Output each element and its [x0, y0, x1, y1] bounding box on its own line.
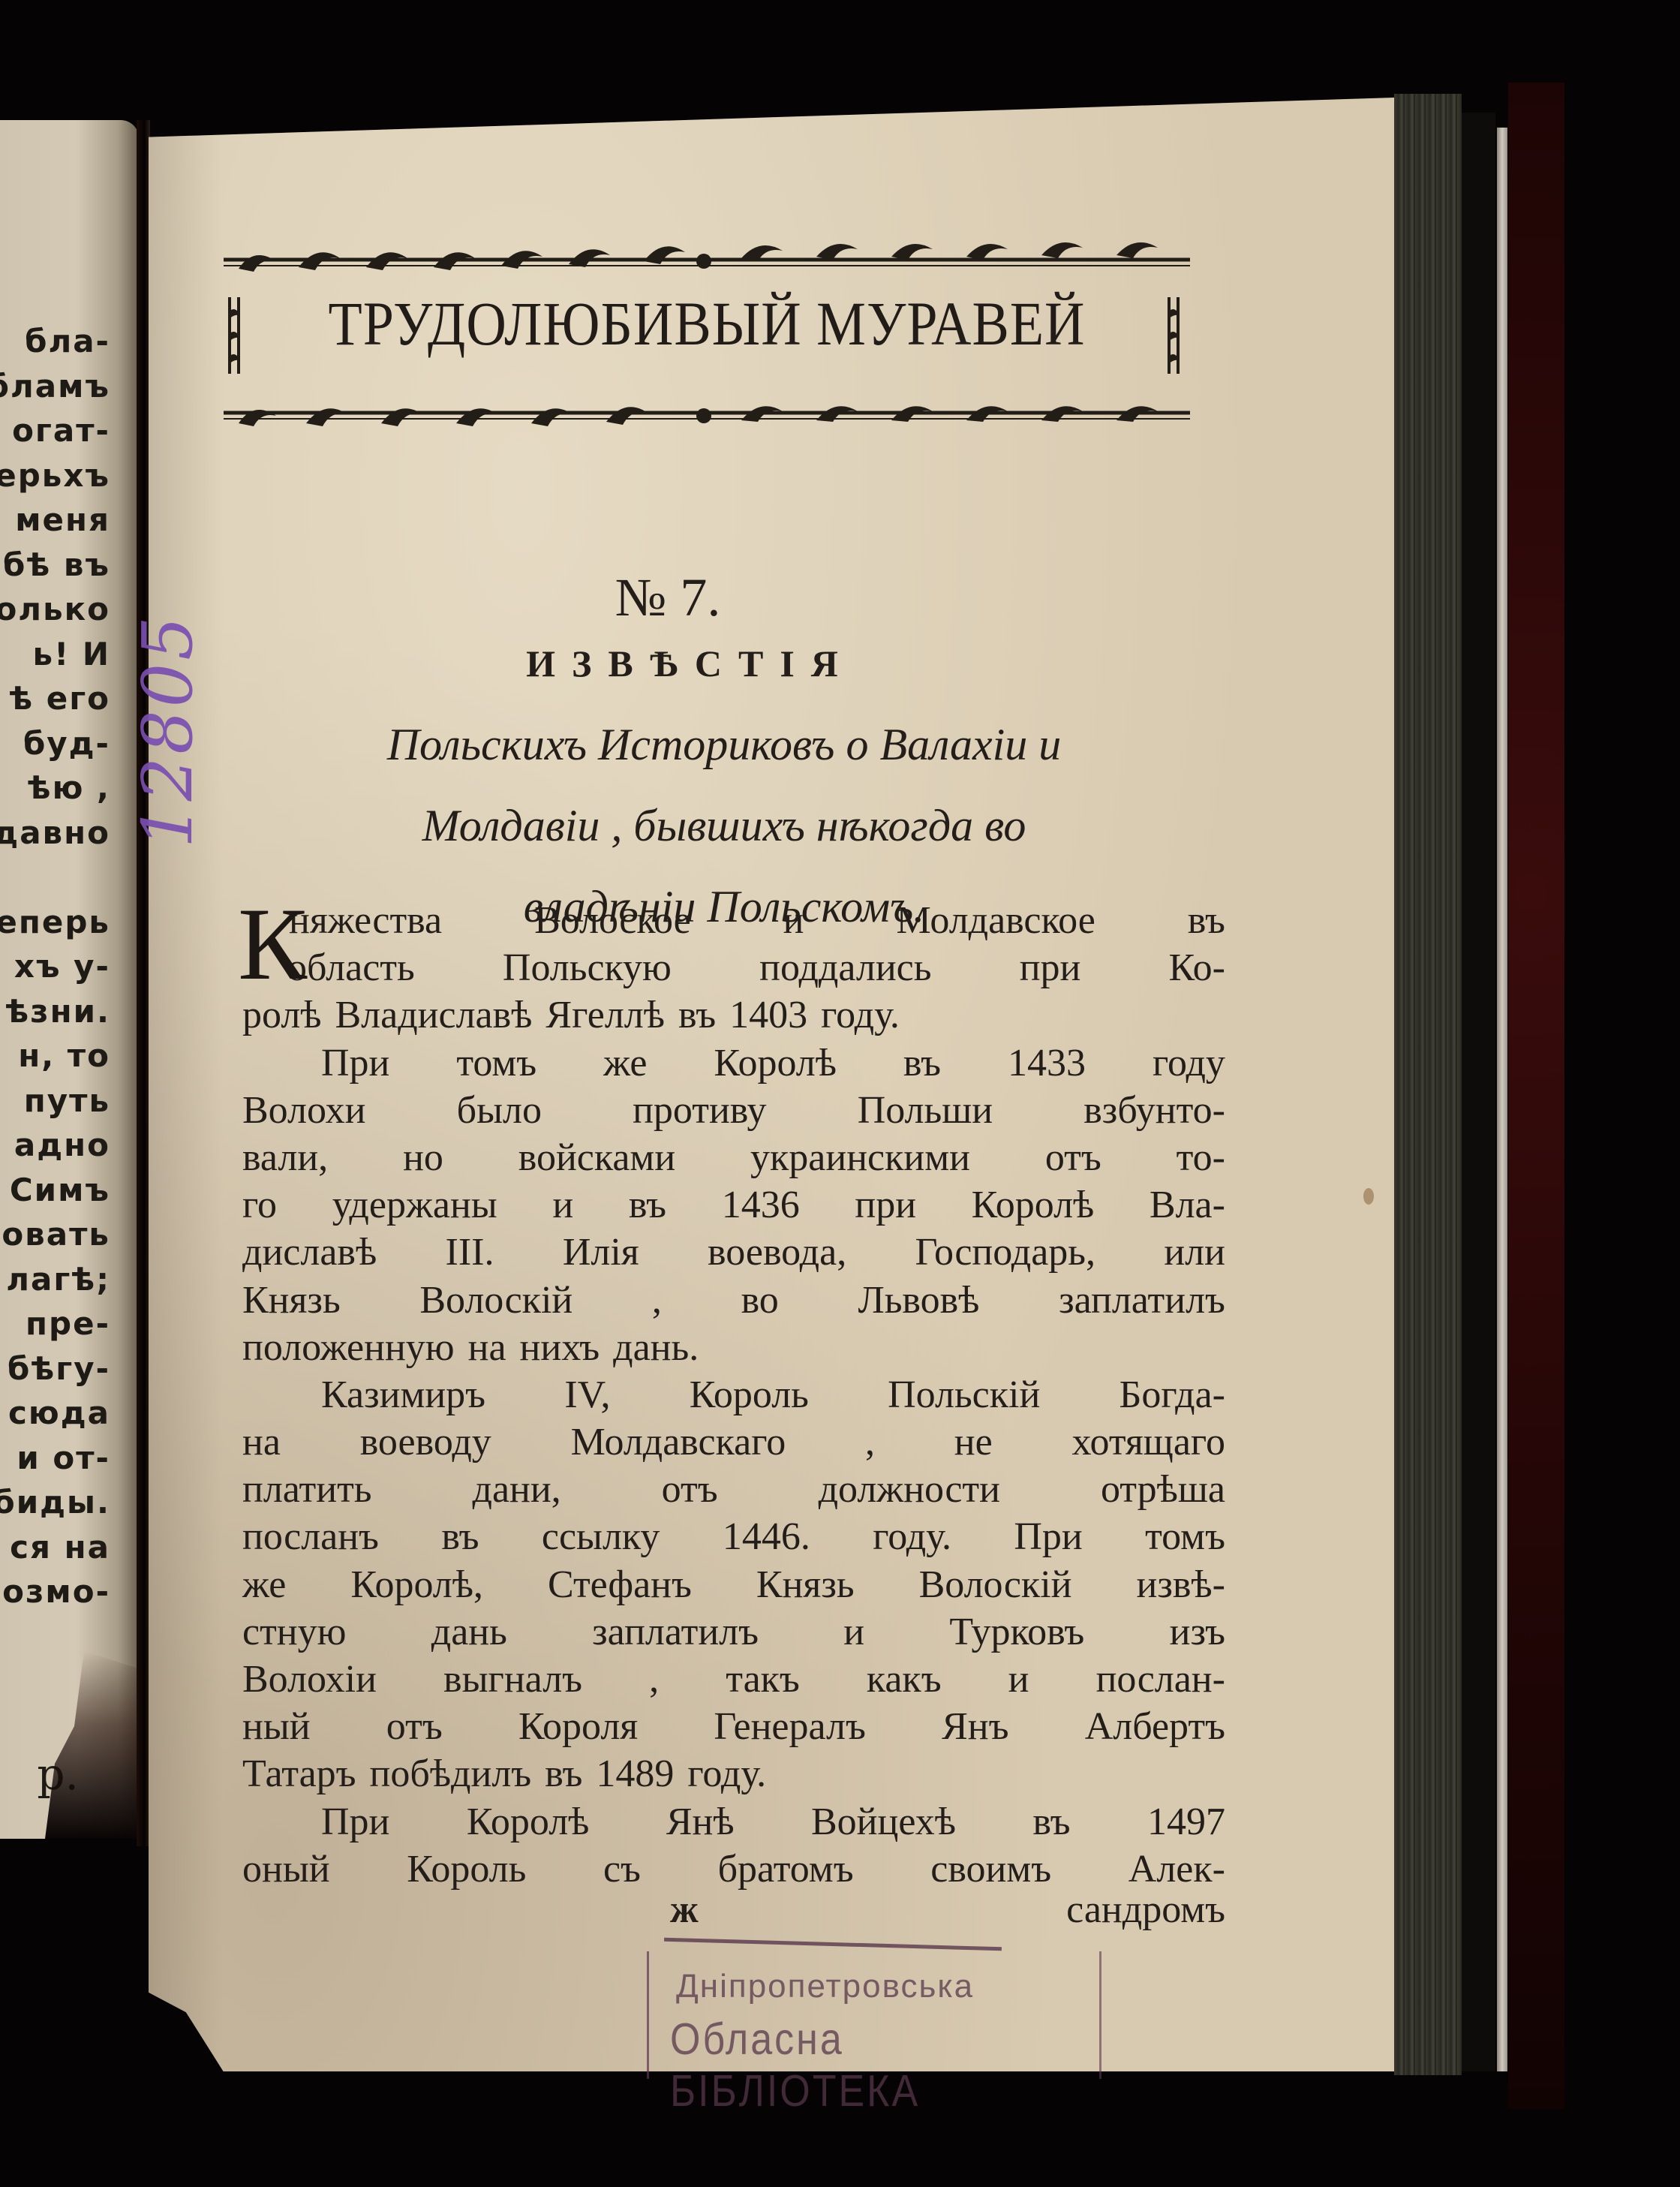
word: году	[1153, 1039, 1225, 1087]
word: Казимиръ	[321, 1371, 485, 1418]
left-page: бла-бламъогат-ерьхъменябѣ въолькоь! Иѣ е…	[0, 120, 139, 1839]
word: нихъ	[520, 1324, 600, 1371]
word: на	[468, 1324, 506, 1371]
article-body: К няжестваВолоскоеиМолдавскоевъобластьПо…	[242, 897, 1225, 1893]
word: украинскими	[750, 1134, 970, 1181]
word: Господарь,	[915, 1229, 1095, 1276]
subtitle-line: Молдавіи , бывшихъ нѣкогда во	[248, 785, 1201, 866]
word: Князь	[756, 1561, 855, 1608]
page-block-edges	[1394, 94, 1462, 2075]
text-line: ныйотъКороляГенералъЯнъАлбертъ	[242, 1703, 1225, 1750]
text-line: Татаръпобѣдилъвъ1489году.	[242, 1750, 1225, 1797]
word: году.	[821, 991, 900, 1039]
word: Король	[690, 1371, 809, 1418]
left-page-line: олько	[0, 587, 110, 632]
word: такъ	[726, 1656, 800, 1703]
drop-cap: К	[238, 892, 307, 996]
word: своимъ	[930, 1846, 1051, 1893]
word: ссылку	[542, 1513, 660, 1560]
word: положенную	[242, 1324, 455, 1371]
word: во	[741, 1277, 779, 1324]
left-page-line: путь	[0, 1078, 110, 1124]
word: побѣдилъ	[370, 1750, 532, 1797]
word: въ	[629, 1181, 666, 1229]
word: Татаръ	[242, 1750, 356, 1797]
ornament-band-bottom-icon	[224, 393, 1190, 432]
left-page-line: огат-	[0, 408, 110, 453]
word: ,	[865, 1418, 875, 1466]
word: хотящаго	[1072, 1418, 1225, 1466]
stamp-line-2: Обласна БІБЛІОТЕКА	[670, 2014, 1099, 2117]
text-line: диславѣIII.Иліявоевода,Господарь,или	[242, 1229, 1225, 1276]
word: стную	[242, 1608, 346, 1656]
word: Волоское	[534, 897, 691, 944]
word: въ	[441, 1513, 479, 1560]
word: дань	[431, 1608, 507, 1656]
word: поддались	[759, 944, 931, 991]
left-page-line-endings: бла-бламъогат-ерьхъменябѣ въолькоь! Иѣ е…	[0, 319, 110, 1614]
left-page-line: бѣгу-	[0, 1346, 110, 1391]
left-page-line: адно	[0, 1123, 110, 1168]
word: дань.	[613, 1324, 699, 1371]
word: Владиславѣ	[335, 991, 533, 1039]
text-line: ролѣВладиславѣЯгеллѣвъ1403году.	[242, 991, 1225, 1039]
word: 1497	[1147, 1798, 1225, 1846]
handwritten-shelf-number: 12805	[128, 613, 208, 848]
word: Вла-	[1150, 1181, 1225, 1229]
word: диславѣ	[242, 1229, 377, 1276]
ornament-side-left-icon	[225, 297, 245, 374]
word: должности	[819, 1466, 1000, 1513]
word: въ	[1188, 897, 1225, 944]
word: Львовѣ	[858, 1277, 979, 1324]
word: Королѣ	[714, 1039, 837, 1087]
word: 1433	[1008, 1039, 1086, 1087]
gutter-fold	[137, 120, 150, 1846]
word: вали,	[242, 1134, 328, 1181]
left-page-line: пре-	[0, 1301, 110, 1346]
word: ный	[242, 1703, 311, 1750]
stamp-line-1: Дніпропетровська	[676, 1968, 974, 2005]
torn-corner	[45, 1651, 139, 1839]
word: въ	[1032, 1798, 1070, 1846]
word: Королѣ,	[350, 1561, 483, 1608]
text-line: посланъвъссылку1446.году.Притомъ	[242, 1513, 1225, 1560]
word: Князь	[242, 1277, 341, 1324]
word: томъ	[1145, 1513, 1225, 1560]
word: воевода,	[708, 1229, 846, 1276]
left-page-line: овать	[0, 1212, 110, 1257]
word: Генералъ	[714, 1703, 865, 1750]
word: Волоскій	[419, 1277, 573, 1324]
word: томъ	[456, 1039, 536, 1087]
text-line: положеннуюнанихъдань.	[242, 1324, 1225, 1371]
section-title: ИЗВѢСТІЯ	[420, 642, 960, 685]
left-page-line: хъ у-	[0, 944, 110, 989]
word: 1446.	[723, 1513, 810, 1560]
word: въ	[678, 991, 716, 1039]
word: IV,	[564, 1371, 610, 1418]
text-line: платитьдани,отъдолжностиотрѣша	[242, 1466, 1225, 1513]
text-line: стнуюданьзаплатилъиТурковъизъ	[242, 1608, 1225, 1656]
left-page-line	[0, 855, 110, 900]
catchword: сандромъ	[1066, 1888, 1225, 1932]
word: заплатилъ	[1059, 1277, 1225, 1324]
left-page-line: Симъ	[0, 1168, 110, 1213]
left-page-line: ѣ его	[0, 676, 110, 721]
page-block-edge-light	[1497, 128, 1507, 2071]
word: и	[843, 1608, 864, 1656]
word: отрѣша	[1101, 1466, 1225, 1513]
text-line: ВолохибылопротивуПольшивзбунто-	[242, 1087, 1225, 1134]
word: или	[1164, 1229, 1225, 1276]
page-block-edge-dark	[1459, 113, 1495, 2071]
word: не	[954, 1418, 993, 1466]
word: Стефанъ	[548, 1561, 692, 1608]
word: Янъ	[942, 1703, 1008, 1750]
book-scan: бла-бламъогат-ерьхъменябѣ въолькоь! Иѣ е…	[0, 0, 1680, 2187]
word: было	[457, 1087, 542, 1134]
word: оный	[242, 1846, 330, 1893]
word: же	[603, 1039, 647, 1087]
word: взбунто-	[1083, 1087, 1225, 1134]
left-page-line: бламъ	[0, 364, 110, 409]
headpiece-frame: ТРУДОЛЮБИВЫЙ МУРАВЕЙ	[224, 239, 1190, 432]
text-line: жеКоролѣ,СтефанъКнязьВолоскійизвѣ-	[242, 1561, 1225, 1608]
text-line: няжестваВолоскоеиМолдавскоевъ	[242, 897, 1225, 944]
word: Волохіи	[242, 1656, 377, 1703]
ornament-side-right-icon	[1165, 297, 1184, 374]
word: при	[1020, 944, 1081, 991]
word: При	[1014, 1513, 1082, 1560]
word: Волоскій	[919, 1561, 1072, 1608]
word: Польши	[858, 1087, 993, 1134]
word: Волохи	[242, 1087, 365, 1134]
issue-number: № 7.	[465, 567, 870, 629]
word: При	[321, 1039, 389, 1087]
word: Алек-	[1129, 1846, 1225, 1893]
word: воеводу	[360, 1418, 491, 1466]
word: послан-	[1096, 1656, 1225, 1703]
word: Польскую	[503, 944, 672, 991]
word: 1436	[722, 1181, 800, 1229]
left-page-line: и от-	[0, 1436, 110, 1481]
word: то-	[1177, 1134, 1225, 1181]
word: ,	[649, 1656, 659, 1703]
word: няжества	[289, 897, 442, 944]
word: дани,	[472, 1466, 561, 1513]
word: III.	[446, 1229, 494, 1276]
word: въ	[545, 1750, 582, 1797]
word: ,	[652, 1277, 662, 1324]
left-page-line: ся на	[0, 1525, 110, 1570]
word: Войцехѣ	[811, 1798, 956, 1846]
left-page-line: бла-	[0, 319, 110, 364]
word: Богда-	[1119, 1371, 1225, 1418]
word: Король	[407, 1846, 526, 1893]
left-page-line: меня	[0, 498, 110, 543]
word: посланъ	[242, 1513, 379, 1560]
word: При	[321, 1798, 389, 1846]
word: 1489	[596, 1750, 674, 1797]
subtitle-line: Польскихъ Историковъ о Валахіи и	[248, 704, 1201, 785]
word: году.	[873, 1513, 951, 1560]
word: и	[1008, 1656, 1029, 1703]
left-page-line: биды.	[0, 1480, 110, 1525]
left-page-line: ѣзни.	[0, 989, 110, 1034]
text-line: Волохіивыгналъ,такъкакъипослан-	[242, 1656, 1225, 1703]
library-stamp: Дніпропетровська Обласна БІБЛІОТЕКА	[647, 1951, 1101, 2079]
left-page-line: сюда	[0, 1391, 110, 1436]
word: извѣ-	[1137, 1561, 1225, 1608]
word: отъ	[386, 1703, 443, 1750]
word: удержаны	[332, 1181, 497, 1229]
left-page-line: н, то	[0, 1033, 110, 1078]
text-line: КазимиръIV,КорольПольскійБогда-	[242, 1371, 1225, 1418]
text-line: областьПольскуюподдалисьприКо-	[242, 944, 1225, 991]
text-line: вали,новойскамиукраинскимиотъто-	[242, 1134, 1225, 1181]
word: братомъ	[718, 1846, 854, 1893]
word: и	[552, 1181, 573, 1229]
left-page-line: давно	[0, 811, 110, 856]
word: въ	[903, 1039, 941, 1087]
left-page-line: бѣ въ	[0, 543, 110, 588]
left-page-line: буд-	[0, 721, 110, 766]
foxing-stain	[1363, 1188, 1374, 1205]
ornament-band-top-icon	[224, 239, 1190, 278]
word: но	[403, 1134, 443, 1181]
signature-mark: ж	[670, 1888, 699, 1932]
text-line: ПриКоролѣЯнѣВойцехѣвъ1497	[242, 1798, 1225, 1846]
word: отъ	[1045, 1134, 1101, 1181]
journal-title: ТРУДОЛЮБИВЫЙ МУРАВЕЙ	[261, 289, 1153, 360]
word: 1403	[729, 991, 807, 1039]
word: Илія	[563, 1229, 639, 1276]
word: выгналъ	[443, 1656, 582, 1703]
word: изъ	[1170, 1608, 1225, 1656]
left-page-line: лагѣ;	[0, 1257, 110, 1302]
word: го	[242, 1181, 277, 1229]
left-page-line: озмо-	[0, 1569, 110, 1614]
left-page-line: ь! И	[0, 632, 110, 677]
word: Янѣ	[666, 1798, 735, 1846]
left-page-line: еперь	[0, 900, 110, 945]
word: Молдавскаго	[571, 1418, 786, 1466]
word: Королѣ	[972, 1181, 1095, 1229]
text-line: ПритомъжеКоролѣвъ1433году	[242, 1039, 1225, 1087]
left-page-line: ерьхъ	[0, 453, 110, 498]
word: году.	[687, 1750, 766, 1797]
word: Польскій	[888, 1371, 1040, 1418]
word: противу	[633, 1087, 766, 1134]
word: Ко-	[1169, 944, 1225, 991]
word: отъ	[662, 1466, 718, 1513]
word: заплатилъ	[592, 1608, 759, 1656]
word: какъ	[867, 1656, 942, 1703]
text-line: КнязьВолоскій,воЛьвовѣзаплатилъ	[242, 1277, 1225, 1324]
word: платить	[242, 1466, 372, 1513]
word: съ	[603, 1846, 641, 1893]
word: и	[783, 897, 804, 944]
book-binding	[1508, 83, 1564, 2109]
left-page-line: ѣю ,	[0, 766, 110, 811]
word: Короля	[518, 1703, 638, 1750]
word: Молдавское	[896, 897, 1095, 944]
text-line: гоудержаныивъ1436приКоролѣВла-	[242, 1181, 1225, 1229]
text-line: оныйКорольсъбратомъсвоимъАлек-	[242, 1846, 1225, 1893]
text-line: навоеводуМолдавскаго,нехотящаго	[242, 1418, 1225, 1466]
word: Королѣ	[467, 1798, 590, 1846]
word: на	[242, 1418, 281, 1466]
word: при	[855, 1181, 916, 1229]
word: войсками	[518, 1134, 675, 1181]
word: Албертъ	[1085, 1703, 1225, 1750]
word: же	[242, 1561, 286, 1608]
word: Турковъ	[949, 1608, 1084, 1656]
word: Ягеллѣ	[545, 991, 665, 1039]
